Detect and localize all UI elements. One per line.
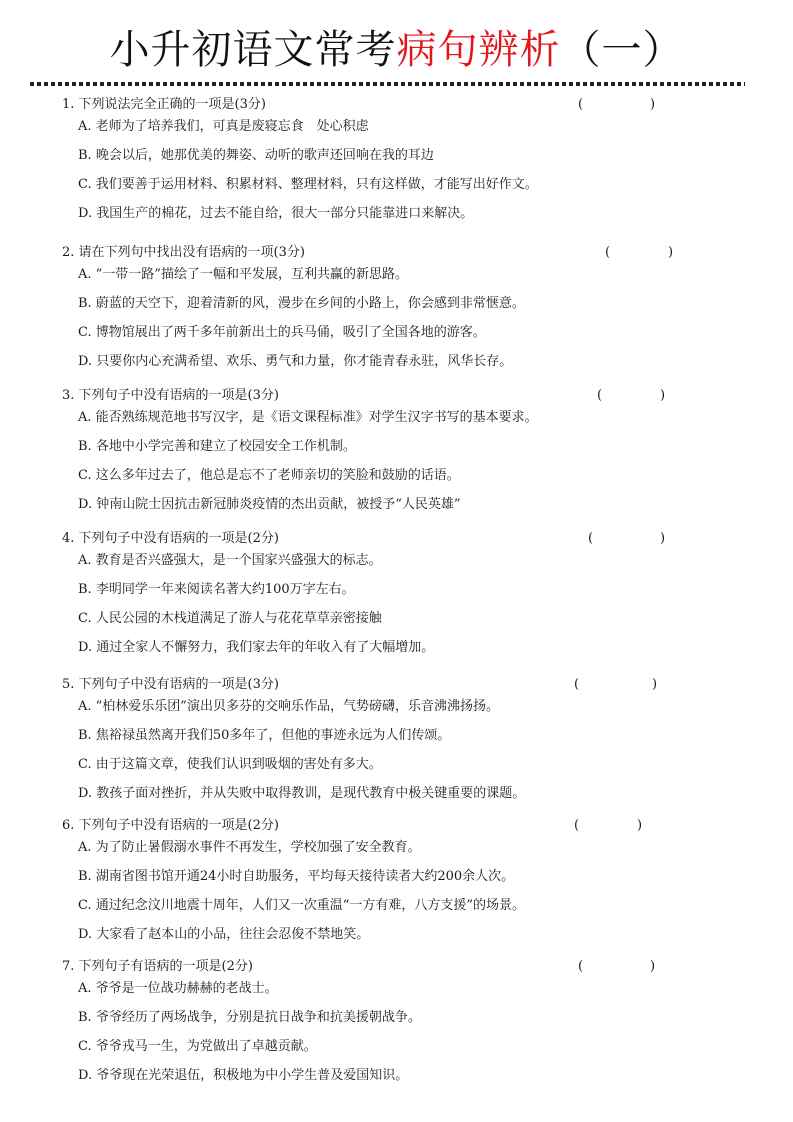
option-d: D. 钟南山院士因抗击新冠肺炎疫情的杰出贡献，被授予“人民英雄” (62, 494, 702, 523)
answer-bracket-open: ( (574, 815, 579, 837)
option-b: B. 晚会以后，她那优美的舞姿、动听的歌声还回响在我的耳边 (62, 145, 702, 174)
question-stem-row: 4. 下列句子中没有语病的一项是(2分) ( ) (62, 528, 702, 550)
option-d: D. 大家看了赵本山的小品，往往会忍俊不禁地笑。 (62, 924, 702, 953)
answer-bracket-open: ( (574, 674, 579, 696)
option-b: B. 蔚蓝的天空下，迎着清新的风，漫步在乡间的小路上，你会感到非常惬意。 (62, 293, 702, 322)
option-a: A. “一带一路”描绘了一幅和平发展，互利共赢的新思路。 (62, 264, 702, 293)
answer-bracket-open: ( (578, 94, 583, 116)
option-b: B. 焦裕禄虽然离开我们50多年了，但他的事迹永远为人们传颂。 (62, 725, 702, 754)
question-stem: 4. 下列句子中没有语病的一项是(2分) (62, 531, 279, 546)
question-stem-row: 5. 下列句子中没有语病的一项是(3分) ( ) (62, 674, 702, 696)
question-stem: 2. 请在下列句中找出没有语病的一项(3分) (62, 245, 305, 260)
page-title: 小升初语文常考病句辨析（一） (0, 22, 793, 78)
option-d: D. 爷爷现在光荣退伍，积极地为中小学生普及爱国知识。 (62, 1065, 702, 1094)
title-highlight: 病句辨析 (397, 27, 561, 73)
option-d: D. 通过全家人不懈努力，我们家去年的年收入有了大幅增加。 (62, 637, 702, 666)
question-stem: 3. 下列句子中没有语病的一项是(3分) (62, 388, 279, 403)
option-a: A. 能否熟练规范地书写汉字，是《语文课程标准》对学生汉字书写的基本要求。 (62, 407, 702, 436)
question-5: 5. 下列句子中没有语病的一项是(3分) ( ) A. “柏林爱乐乐团”演出贝多… (62, 674, 702, 812)
question-stem: 6. 下列句子中没有语病的一项是(2分) (62, 818, 279, 833)
option-d: D. 只要你内心充满希望、欢乐、勇气和力量，你才能青春永驻，风华长存。 (62, 351, 702, 380)
option-d: D. 我国生产的棉花，过去不能自给，很大一部分只能靠进口来解决。 (62, 203, 702, 232)
answer-bracket-open: ( (588, 528, 593, 550)
option-c: C. 由于这篇文章，使我们认识到吸烟的害处有多大。 (62, 754, 702, 783)
answer-bracket-open: ( (605, 242, 610, 264)
option-a: A. 爷爷是一位战功赫赫的老战士。 (62, 978, 702, 1007)
option-b: B. 湖南省图书馆开通24小时自助服务，平均每天接待读者大约200余人次。 (62, 866, 702, 895)
option-c: C. 通过纪念汶川地震十周年，人们又一次重温“一方有难，八方支援”的场景。 (62, 895, 702, 924)
question-stem: 1. 下列说法完全正确的一项是(3分) (62, 97, 266, 112)
title-suffix: （一） (561, 27, 684, 73)
answer-bracket-close: ) (660, 528, 665, 550)
question-stem-row: 7. 下列句子有语病的一项是(2分) ( ) (62, 956, 702, 978)
option-a: A. “柏林爱乐乐团”演出贝多芬的交响乐作品，气势磅礴，乐音沸沸扬扬。 (62, 696, 702, 725)
answer-bracket-close: ) (650, 956, 655, 978)
option-a: A. 为了防止暑假溺水事件不再发生，学校加强了安全教育。 (62, 837, 702, 866)
question-stem-row: 3. 下列句子中没有语病的一项是(3分) ( ) (62, 385, 702, 407)
question-stem: 5. 下列句子中没有语病的一项是(3分) (62, 677, 279, 692)
question-stem-row: 2. 请在下列句中找出没有语病的一项(3分) ( ) (62, 242, 702, 264)
option-a: A. 老师为了培养我们，可真是废寝忘食 处心积虑 (62, 116, 702, 145)
question-4: 4. 下列句子中没有语病的一项是(2分) ( ) A. 教育是否兴盛强大，是一个… (62, 528, 702, 666)
answer-bracket-open: ( (578, 956, 583, 978)
option-a: A. 教育是否兴盛强大，是一个国家兴盛强大的标志。 (62, 550, 702, 579)
answer-bracket-close: ) (660, 385, 665, 407)
answer-bracket-close: ) (650, 94, 655, 116)
question-7: 7. 下列句子有语病的一项是(2分) ( ) A. 爷爷是一位战功赫赫的老战士。… (62, 956, 702, 1094)
option-d: D. 教孩子面对挫折，并从失败中取得教训，是现代教育中极关键重要的课题。 (62, 783, 702, 812)
question-stem: 7. 下列句子有语病的一项是(2分) (62, 959, 253, 974)
answer-bracket-open: ( (597, 385, 602, 407)
question-3: 3. 下列句子中没有语病的一项是(3分) ( ) A. 能否熟练规范地书写汉字，… (62, 385, 702, 523)
option-c: C. 这么多年过去了，他总是忘不了老师亲切的笑脸和鼓励的话语。 (62, 465, 702, 494)
question-stem-row: 6. 下列句子中没有语病的一项是(2分) ( ) (62, 815, 702, 837)
answer-bracket-close: ) (668, 242, 673, 264)
title-prefix: 小升初语文常考 (110, 27, 397, 73)
option-b: B. 爷爷经历了两场战争，分别是抗日战争和抗美援朝战争。 (62, 1007, 702, 1036)
answer-bracket-close: ) (652, 674, 657, 696)
option-c: C. 我们要善于运用材料、积累材料、整理材料，只有这样做，才能写出好作文。 (62, 174, 702, 203)
answer-bracket-close: ) (637, 815, 642, 837)
dotted-divider (30, 82, 745, 86)
option-b: B. 各地中小学完善和建立了校园安全工作机制。 (62, 436, 702, 465)
question-stem-row: 1. 下列说法完全正确的一项是(3分) ( ) (62, 94, 702, 116)
option-c: C. 人民公园的木栈道满足了游人与花花草草亲密接触 (62, 608, 702, 637)
question-2: 2. 请在下列句中找出没有语病的一项(3分) ( ) A. “一带一路”描绘了一… (62, 242, 702, 380)
option-c: C. 爷爷戎马一生，为党做出了卓越贡献。 (62, 1036, 702, 1065)
question-1: 1. 下列说法完全正确的一项是(3分) ( ) A. 老师为了培养我们，可真是废… (62, 94, 702, 232)
option-c: C. 博物馆展出了两千多年前新出土的兵马俑，吸引了全国各地的游客。 (62, 322, 702, 351)
question-6: 6. 下列句子中没有语病的一项是(2分) ( ) A. 为了防止暑假溺水事件不再… (62, 815, 702, 953)
option-b: B. 李明同学一年来阅读名著大约100万字左右。 (62, 579, 702, 608)
